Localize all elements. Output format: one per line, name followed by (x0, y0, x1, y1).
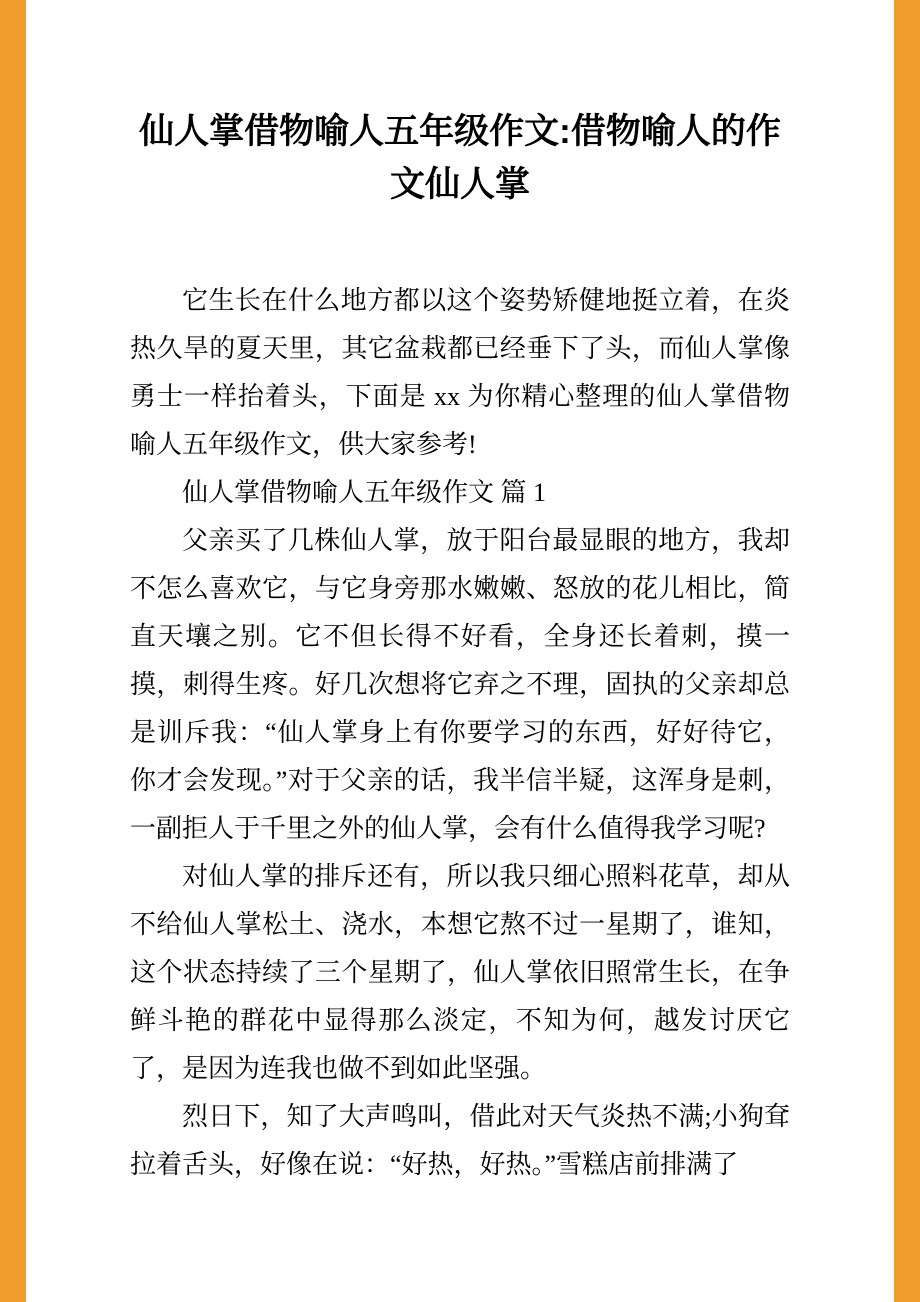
page-title: 仙人掌借物喻人五年级作文:借物喻人的作文仙人掌 (132, 105, 788, 211)
screen-background: 仙人掌借物喻人五年级作文:借物喻人的作文仙人掌 它生长在什么地方都以这个姿势矫健… (0, 0, 920, 1302)
paragraph-intro: 它生长在什么地方都以这个姿势矫健地挺立着，在炎热久旱的夏天里，其它盆栽都已经垂下… (130, 277, 790, 469)
paragraph-body-1: 父亲买了几株仙人掌，放于阳台最显眼的地方，我却不怎么喜欢它，与它身旁那水嫩嫩、怒… (130, 517, 790, 853)
essay-body: 它生长在什么地方都以这个姿势矫健地挺立着，在炎热久旱的夏天里，其它盆栽都已经垂下… (130, 277, 790, 1189)
paragraph-body-3: 烈日下，知了大声鸣叫，借此对天气炎热不满;小狗耷拉着舌头，好像在说：“好热，好热… (130, 1093, 790, 1189)
document-page: 仙人掌借物喻人五年级作文:借物喻人的作文仙人掌 它生长在什么地方都以这个姿势矫健… (26, 0, 894, 1302)
paragraph-body-2: 对仙人掌的排斥还有，所以我只细心照料花草，却从不给仙人掌松土、浇水，本想它熬不过… (130, 853, 790, 1093)
paragraph-section-heading: 仙人掌借物喻人五年级作文 篇 1 (130, 469, 790, 517)
